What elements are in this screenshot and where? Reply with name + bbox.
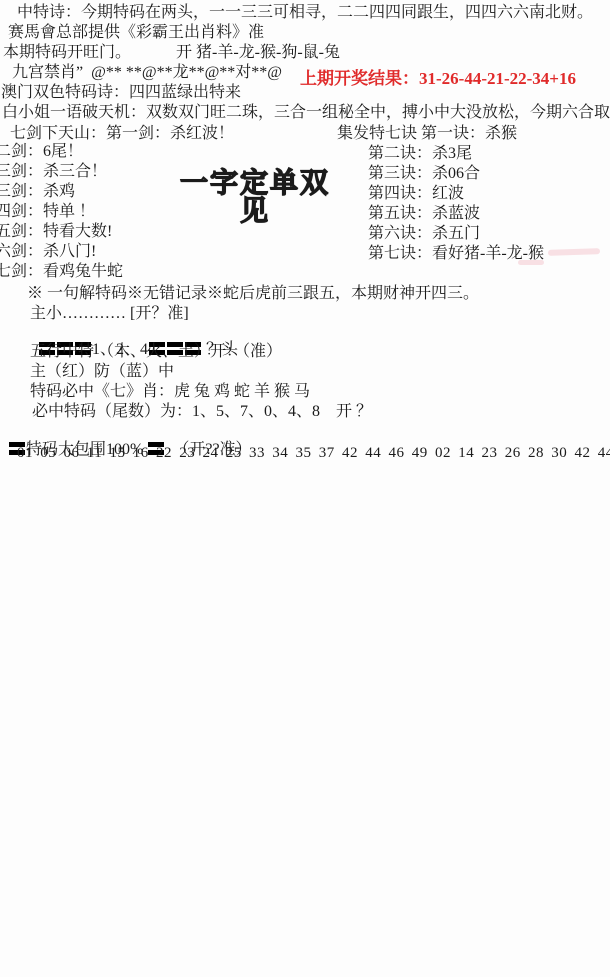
jue-item: 第四诀：红波 — [368, 184, 464, 203]
last-result-line: 上期开奖结果：31-26-44-21-22-34+16 — [300, 69, 576, 88]
center-banner: 一字定单双 见 — [150, 170, 360, 226]
sword-item: 六剑：杀八门! — [0, 242, 96, 261]
sword-item: 四剑：特单 ！ — [0, 202, 95, 221]
jue-item: 第二诀：杀3尾 — [368, 144, 472, 163]
banner-line2: 见 — [150, 198, 360, 226]
last-result-numbers: 31-26-44-21-22-34+16 — [419, 69, 576, 88]
lottery-tip-sheet: 中特诗：今期特码在两头，一一三三可相寻，二二四四同跟生，四四六六南北财。 赛馬會… — [0, 0, 610, 977]
baixiaojie-line: 白小姐一语破天机：双数双门旺二珠，三合一组秘全中，搏小中大没放松，今期六合取双 — [2, 103, 610, 122]
aomen-line: 澳门双色特码诗：四四蓝绿出特来 — [1, 83, 241, 102]
banner-line1: 一字定单双 — [150, 170, 360, 198]
wu-xing-line: 五行中特 （木、火、土）开：（准） — [30, 342, 282, 361]
pink-smudge — [548, 248, 600, 256]
sword-item: 七剑：看鸡兔牛蛇 — [0, 262, 123, 281]
qi-xiao-line: 特码必中《七》肖：虎 兔 鸡 蛇 羊 猴 马 — [30, 382, 310, 401]
sword-item: 五剑：特看大数! — [0, 222, 112, 241]
qi-jue-title: 集发特七诀 第一诀：杀猴 — [337, 124, 517, 143]
jue-item: 第五诀：杀蓝波 — [368, 204, 480, 223]
benqi-label: 本期特码开旺门。 — [3, 43, 131, 62]
sword-item: 三剑：杀鸡 — [0, 182, 75, 201]
seven-swords-title: 七剑下天山：第一剑：杀红波！ — [10, 124, 234, 143]
numbers-row: 01 05 06 11 15 16 22 23 24 25 33 34 35 3… — [17, 444, 610, 463]
zhong-te-shi-line: 中特诗：今期特码在两头，一一三三可相寻，二二四四同跟生，四四六六南北财。 — [17, 3, 593, 22]
saima-hui-line: 赛馬會总部提供《彩霸王出肖料》准 — [8, 23, 264, 42]
pink-smudge — [518, 260, 544, 265]
wei-shu-line: 必中特码（尾数）为：1、5、7、0、4、8 开 ？ — [32, 402, 372, 421]
jiugong-line: 九宫禁肖” @** **@**龙**@**对**@ — [12, 63, 282, 82]
last-result-label: 上期开奖结果： — [300, 69, 419, 88]
jue-item: 第六诀：杀五门 — [368, 224, 480, 243]
jie-te-ma-line: ※ 一句解特码※无错记录※蛇后虎前三跟五，本期财神开四三。 — [27, 284, 479, 303]
jue-item: 第三诀：杀06合 — [368, 164, 480, 183]
sword-item: 三剑：杀三合！ — [0, 162, 107, 181]
zhu-fang-line: 主（红）防（蓝）中 — [30, 362, 174, 381]
benqi-zodiacs: 开 猪-羊-龙-猴-狗-鼠-兔 — [176, 43, 340, 62]
sword-item: 二剑：6尾！ — [0, 142, 83, 161]
